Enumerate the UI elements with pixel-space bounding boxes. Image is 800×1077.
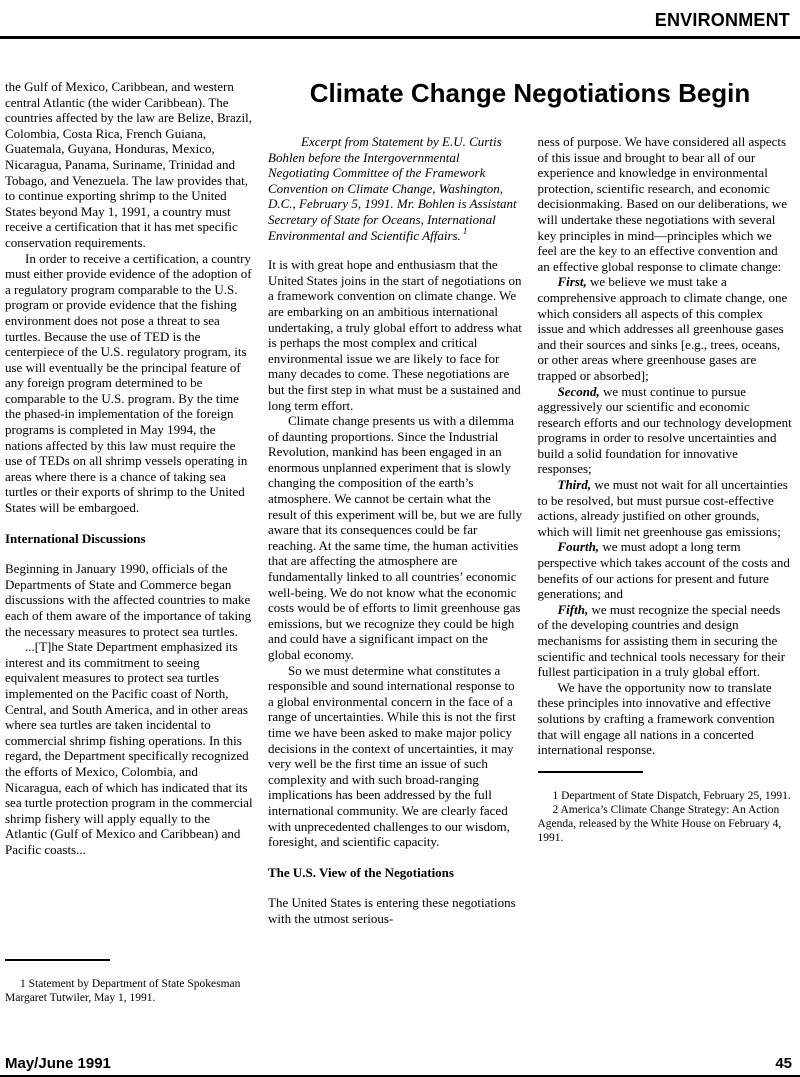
journal-page: ENVIRONMENT the Gulf of Mexico, Caribbea…	[0, 0, 800, 1077]
page-number: 45	[775, 1056, 792, 1072]
paragraph: So we must determine what constitutes a …	[268, 663, 523, 850]
page-content: the Gulf of Mexico, Caribbean, and weste…	[0, 79, 800, 1007]
principle-paragraph: Second, we must continue to pursue aggre…	[538, 384, 793, 478]
principle-paragraph: First, we believe we must take a compreh…	[538, 274, 793, 383]
article-columns: Excerpt from Statement by E.U. Curtis Bo…	[268, 134, 792, 927]
principle-paragraph: Fifth, we must recognize the special nee…	[538, 602, 793, 680]
left-column-heading: International Discussions	[5, 531, 253, 547]
principle-text: we believe we must take a comprehensive …	[538, 274, 788, 383]
middle-column-heading: The U.S. View of the Negotiations	[268, 865, 523, 881]
paragraph: the Gulf of Mexico, Caribbean, and weste…	[5, 79, 253, 251]
principle-lead: First,	[558, 274, 587, 289]
article-area: Climate Change Negotiations Begin Excerp…	[268, 79, 792, 1007]
paragraph: In order to receive a certification, a c…	[5, 251, 253, 516]
middle-column: Excerpt from Statement by E.U. Curtis Bo…	[268, 134, 523, 927]
paragraph: ness of purpose. We have considered all …	[538, 134, 793, 274]
footnote-rule	[538, 771, 643, 773]
paragraph: The United States is entering these nego…	[268, 895, 523, 926]
page-footer: May/June 1991 45	[5, 1056, 792, 1072]
article-title: Climate Change Negotiations Begin	[268, 79, 792, 107]
article-note: Excerpt from Statement by E.U. Curtis Bo…	[268, 134, 523, 243]
principle-lead: Fifth,	[558, 602, 589, 617]
footnote-ref: 1	[463, 226, 468, 236]
left-column: the Gulf of Mexico, Caribbean, and weste…	[5, 79, 253, 1007]
header-rule	[0, 36, 800, 39]
principle-paragraph: Fourth, we must adopt a long term perspe…	[538, 539, 793, 601]
right-column: ness of purpose. We have considered all …	[538, 134, 793, 927]
footnote-rule	[5, 959, 110, 961]
principle-lead: Third,	[558, 477, 592, 492]
paragraph: Climate change presents us with a dilemm…	[268, 413, 523, 663]
principle-paragraph: Third, we must not wait for all uncertai…	[538, 477, 793, 539]
right-footnote-block: 1 Department of State Dispatch, February…	[538, 771, 793, 845]
section-label: ENVIRONMENT	[655, 10, 790, 30]
principle-lead: Second,	[558, 384, 600, 399]
footnote: 1 Department of State Dispatch, February…	[538, 789, 793, 803]
footnote: 1 Statement by Department of State Spoke…	[5, 977, 253, 1005]
paragraph: Beginning in January 1990, officials of …	[5, 561, 253, 639]
paragraph: ...[T]he State Department emphasized its…	[5, 639, 253, 857]
paragraph: It is with great hope and enthusiasm tha…	[268, 257, 523, 413]
principle-lead: Fourth,	[558, 539, 600, 554]
footnote: 2 America’s Climate Change Strategy: An …	[538, 803, 793, 845]
left-footnote-block: 1 Statement by Department of State Spoke…	[5, 959, 253, 1005]
page-header: ENVIRONMENT	[0, 0, 800, 30]
paragraph: We have the opportunity now to translate…	[538, 680, 793, 758]
issue-label: May/June 1991	[5, 1056, 111, 1072]
article-note-text: Excerpt from Statement by E.U. Curtis Bo…	[268, 134, 517, 243]
